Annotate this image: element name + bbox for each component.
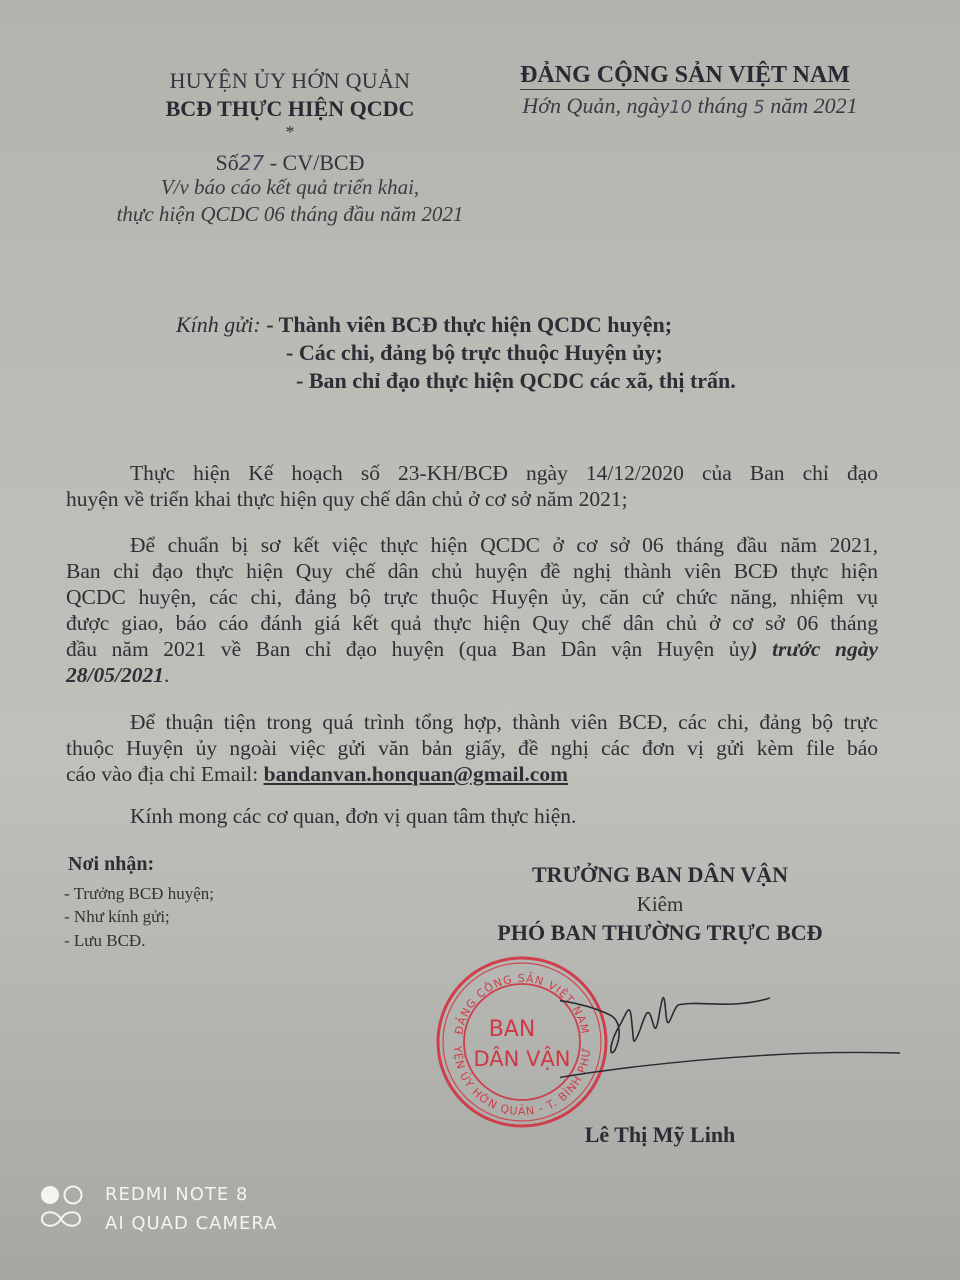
deadline-date: 28/05/2021 (66, 663, 164, 687)
deadline-text: ) trước ngày (750, 637, 878, 661)
recipient-line-3: - Ban chỉ đạo thực hiện QCDC các xã, thị… (296, 368, 736, 394)
email-link[interactable]: bandanvan.honquan@gmail.com (264, 762, 568, 786)
issuing-committee: BCĐ THỰC HIỆN QCDC (70, 96, 510, 122)
cc-item: - Lưu BCĐ. (64, 931, 145, 951)
paragraph-1: Thực hiện Kế hoạch số 23-KH/BCĐ ngày 14/… (66, 460, 878, 512)
svg-text:BAN: BAN (489, 1017, 536, 1042)
document-number-prefix: Số (216, 150, 239, 175)
party-name: ĐẢNG CỘNG SẢN VIỆT NAM (480, 62, 890, 89)
camera-feature-label: AI QUAD CAMERA (105, 1213, 277, 1234)
signer-title-2: Kiêm (460, 892, 860, 917)
cc-item: - Như kính gửi; (64, 907, 170, 927)
subject-line-2: thực hiện QCDC 06 tháng đầu năm 2021 (40, 202, 540, 227)
date-month-handwritten: 5 (753, 97, 764, 118)
paragraph-2: Để chuẩn bị sơ kết việc thực hiện QCDC ở… (66, 532, 878, 688)
recipients-label: Kính gửi: (176, 312, 261, 337)
cc-title: Nơi nhận: (68, 853, 154, 876)
document-date: Hớn Quản, ngày10 tháng 5 năm 2021 (490, 93, 890, 119)
paragraph-4: Kính mong các cơ quan, đơn vị quan tâm t… (66, 803, 878, 829)
subject-line-1: V/v báo cáo kết quả triển khai, (70, 175, 510, 200)
recipient-line-1: Kính gửi: - Thành viên BCĐ thực hiện QCD… (176, 312, 672, 338)
issuing-organization: HUYỆN ỦY HỚN QUẢN (70, 68, 510, 94)
camera-model-label: REDMI NOTE 8 (105, 1184, 248, 1205)
signer-title-3: PHÓ BAN THƯỜNG TRỰC BCĐ (460, 920, 860, 946)
document-number: Số27 - CV/BCĐ (70, 150, 510, 176)
recipient-line-2: - Các chi, đảng bộ trực thuộc Huyện ủy; (286, 340, 663, 366)
date-day-handwritten: 10 (669, 97, 692, 118)
document-number-handwritten: 27 (239, 151, 264, 175)
signer-name: Lê Thị Mỹ Linh (460, 1122, 860, 1148)
document-number-suffix: - CV/BCĐ (270, 150, 365, 175)
handwritten-signature-icon (560, 980, 900, 1090)
cc-item: - Trưởng BCĐ huyện; (64, 884, 214, 904)
quad-camera-logo-icon (40, 1185, 90, 1231)
paragraph-3: Để thuận tiện trong quá trình tổng hợp, … (66, 709, 878, 787)
signer-title-1: TRƯỞNG BAN DÂN VẬN (460, 862, 860, 888)
svg-text:DÂN VẬN: DÂN VẬN (474, 1046, 571, 1071)
header-separator: * (70, 122, 510, 143)
